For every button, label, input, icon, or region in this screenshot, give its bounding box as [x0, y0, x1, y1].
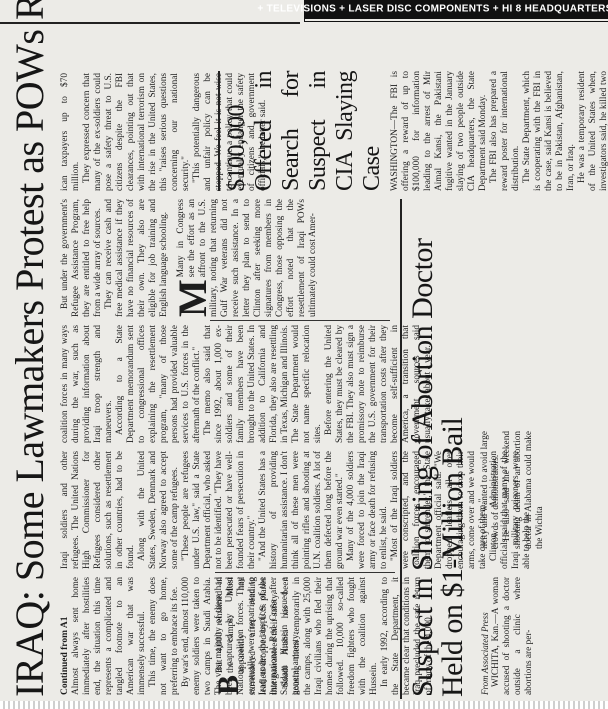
paragraph: "And the United States has a history of … [258, 451, 346, 569]
abortion-headline-line: Suspect in Shooting of Abortion Doctor H… [408, 227, 468, 697]
main-col-1b: BBut 4,000 remained in the camps. Most a… [215, 577, 395, 695]
main-col-2: Iraqi soldiers and other refugees. The U… [60, 451, 395, 569]
ad-banner: + TELEVISIONS + LASER DISC COMPONENTS + … [305, 0, 608, 21]
continued-kicker: Continued from A1 [60, 617, 70, 695]
main-headline: IRAQ: Some Lawmakers Protest as POWs Res… [10, 0, 50, 697]
abortion-headline: Suspect in Shooting of Abortion Doctor H… [408, 227, 468, 697]
paragraph: Almost always sent home immediately afte… [71, 577, 148, 695]
paragraph: This time, the enemy does not want to go… [148, 577, 181, 695]
paragraph: Saudi Arabia has been housing them tempo… [281, 577, 380, 695]
torn-edge [0, 701, 608, 709]
banner-text: + TELEVISIONS + LASER DISC COMPONENTS + … [257, 4, 608, 15]
paragraph: He also said the weekend shooting death … [502, 431, 546, 549]
main-col-5: ican taxpayers up to $70 million. They e… [60, 73, 210, 191]
cia-headline: $100,000 Offered in Search for Suspect i… [224, 71, 386, 191]
paragraph: coalition forces in many ways during the… [60, 325, 115, 443]
main-col-1: Continued from A1 Almost always sent hom… [60, 577, 210, 695]
paragraph: WICHITA, Kan.—A woman accused of shootin… [491, 577, 535, 695]
paragraph: Many of the 4,000 soldiers were forced t… [346, 451, 390, 569]
main-col-3: coalition forces in many ways during the… [60, 325, 395, 443]
column-rule [210, 320, 390, 321]
paragraph: According to a State Department memorand… [115, 325, 203, 443]
paragraph: licity and wanted to avoid large crowds … [480, 431, 502, 549]
paragraph: The FBI also has prepared a reward poste… [489, 71, 522, 191]
paragraph: "These people are refugees under U.S. la… [181, 451, 258, 569]
box-border [0, 22, 300, 24]
paragraph: ican taxpayers up to $70 million. [60, 73, 82, 191]
paragraph: He was a temporary resident of the Unite… [577, 71, 608, 191]
paragraph: They can receive cash and free medical a… [104, 199, 170, 317]
paragraph: But under the government's Refugee Assis… [60, 199, 104, 317]
paragraph: The memo also said that since 1992, abou… [203, 325, 324, 443]
section-rule [400, 199, 402, 699]
paragraph: WASHINGTON—The FBI is offering a reward … [390, 71, 489, 191]
paragraph: They expressed concern that many of the … [82, 73, 192, 191]
abortion-col-1: From Associated Press WICHITA, Kan.—A wo… [480, 577, 535, 695]
main-col-4: But under the government's Refugee Assis… [60, 199, 395, 317]
paragraph: Along with the United States, Sweden, De… [137, 451, 181, 569]
abortion-col-2: licity and wanted to avoid large crowds … [480, 431, 546, 549]
newspaper-clipping: IRAQ: Some Lawmakers Protest as POWs Res… [0, 0, 608, 709]
paragraph: The State Department, which is cooperati… [522, 71, 577, 191]
credit: From Associated Press [480, 577, 491, 695]
section-rule [218, 71, 220, 191]
cia-article: $100,000 Offered in Search for Suspect i… [224, 71, 608, 191]
column-rule [215, 572, 395, 573]
drop-cap: M [177, 279, 209, 317]
paragraph: Iraqi soldiers and other refugees. The U… [60, 451, 137, 569]
drop-cap: B [216, 675, 242, 695]
